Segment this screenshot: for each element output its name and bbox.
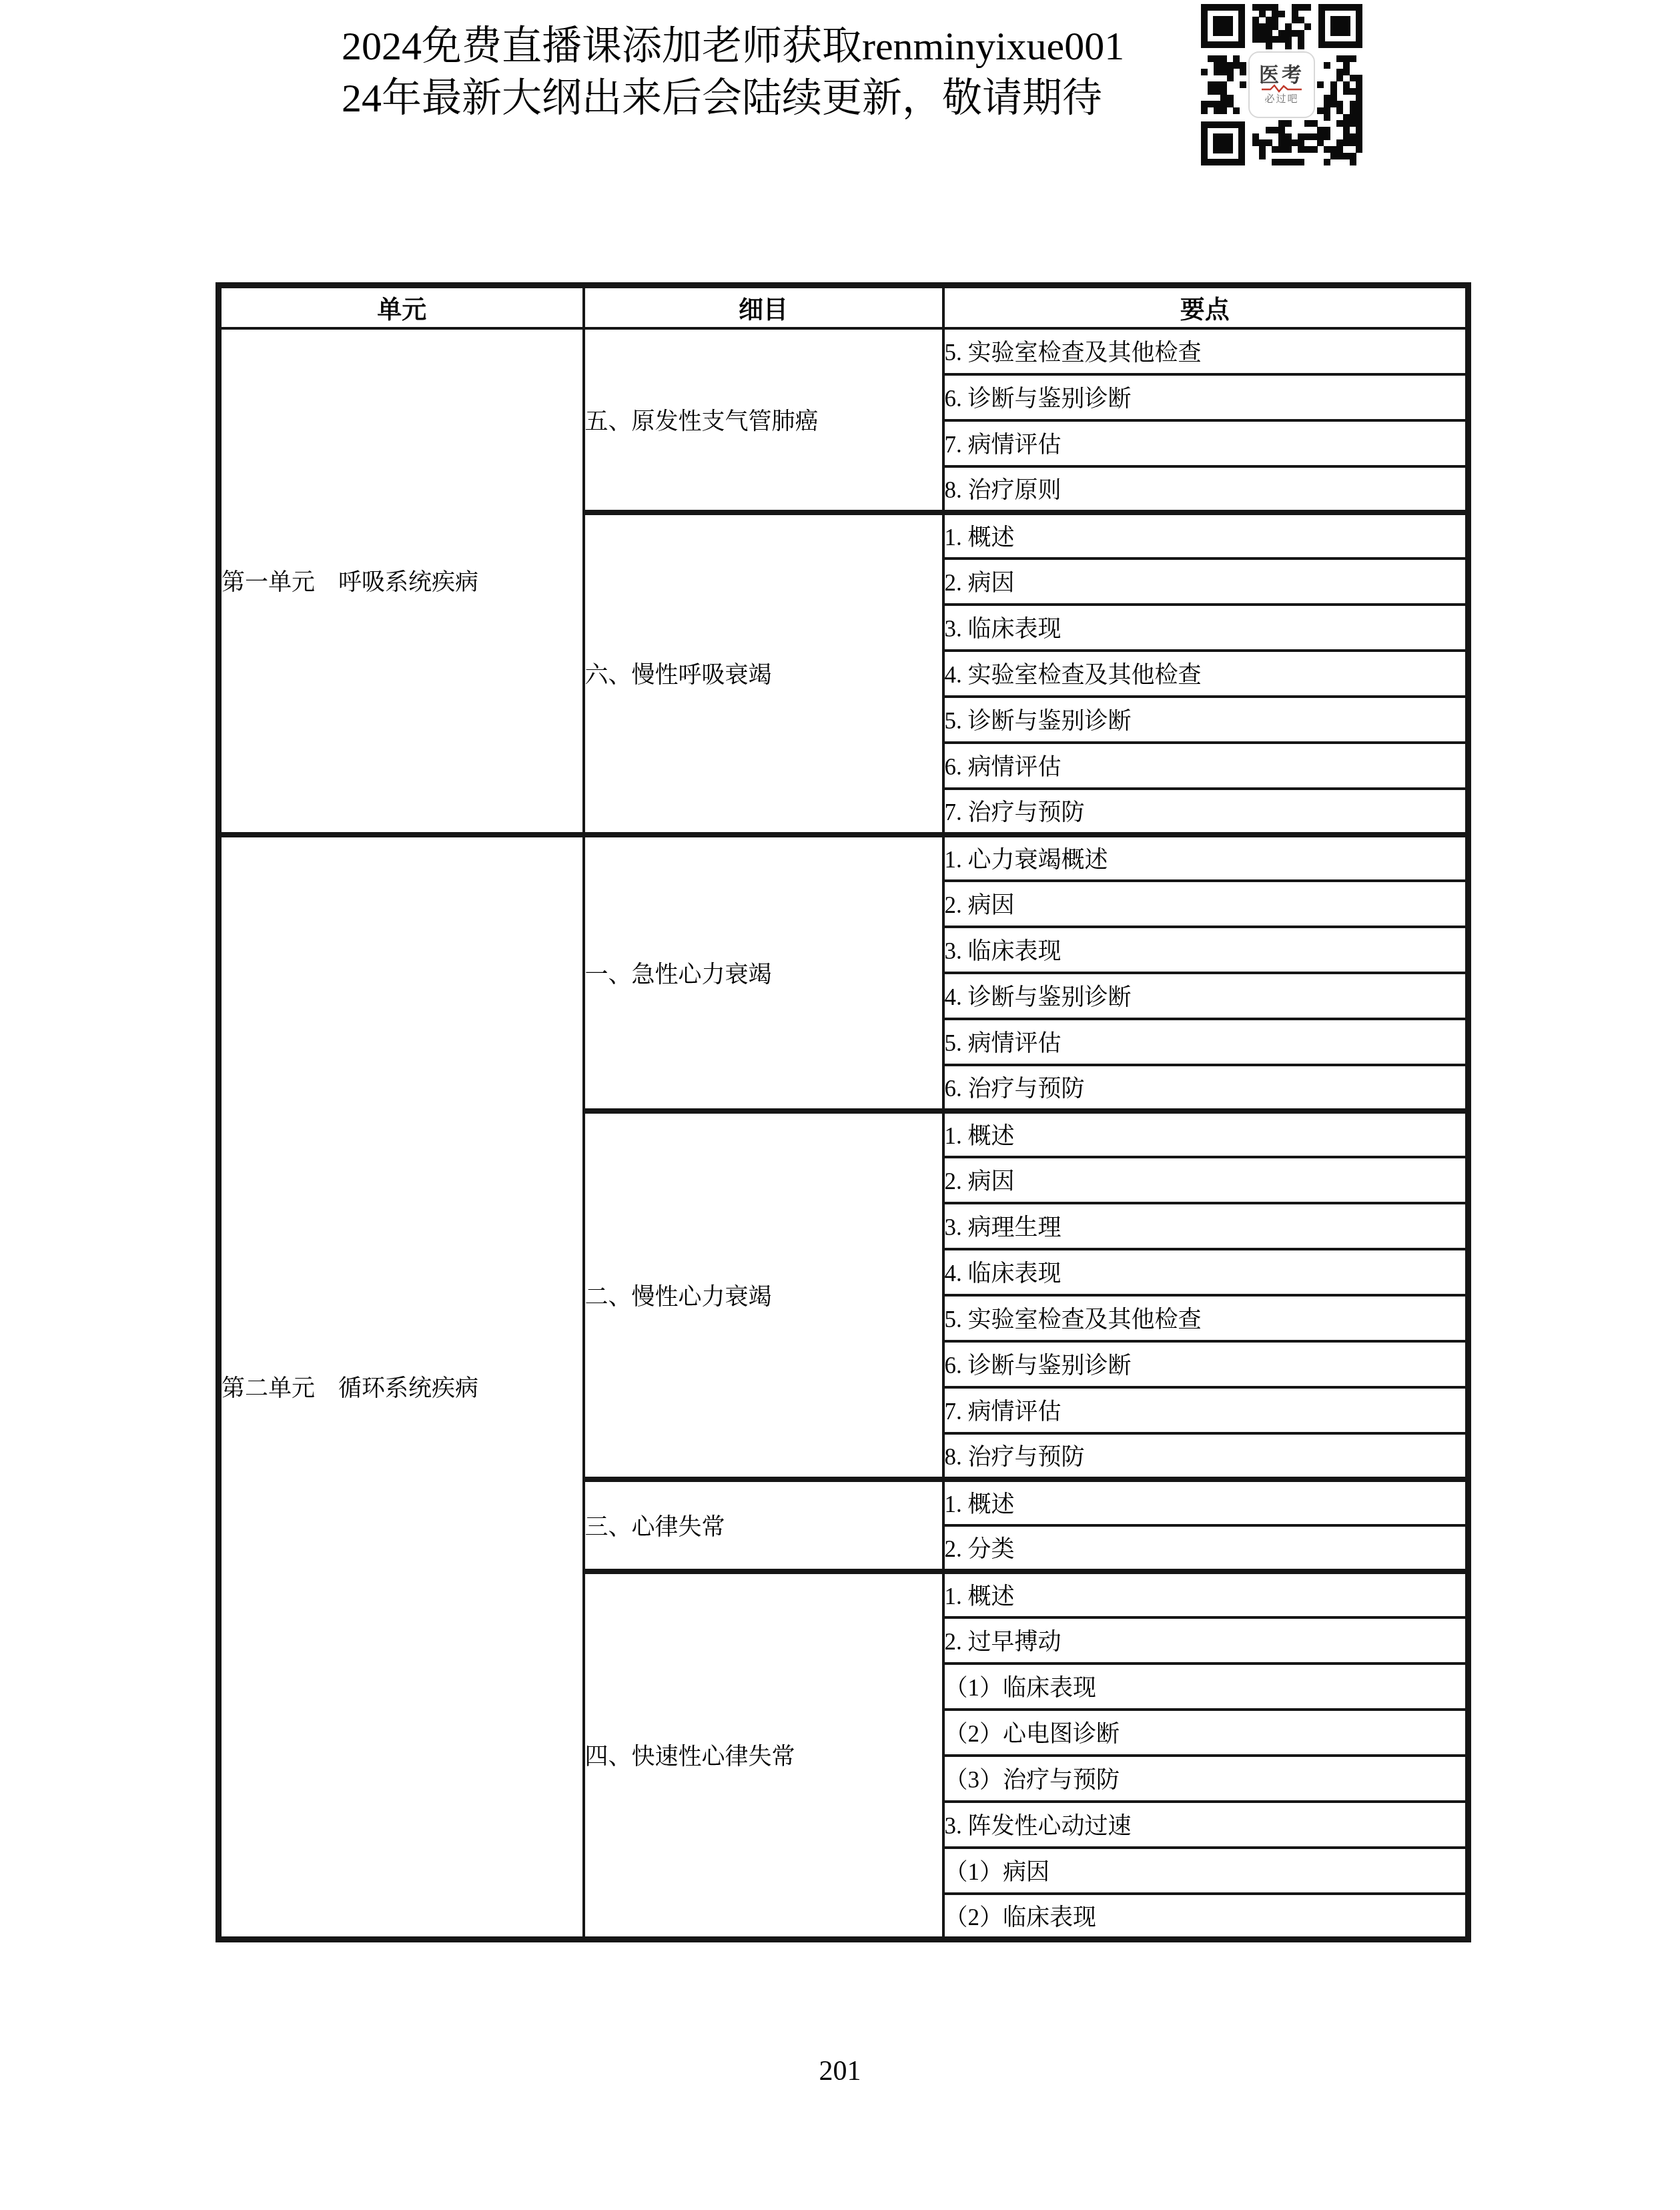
point-cell: 1. 心力衰竭概述 (943, 835, 1468, 881)
point-cell: 7. 病情评估 (943, 420, 1468, 466)
point-cell: 3. 病理生理 (943, 1203, 1468, 1249)
column-header-points: 要点 (943, 286, 1468, 328)
table-row: 第二单元 循环系统疾病一、急性心力衰竭1. 心力衰竭概述 (219, 835, 1468, 881)
point-cell: 1. 概述 (943, 512, 1468, 559)
point-cell: 2. 病因 (943, 1157, 1468, 1203)
column-header-detail: 细目 (584, 286, 943, 328)
section-cell: 六、慢性呼吸衰竭 (584, 512, 943, 835)
point-cell: 2. 病因 (943, 559, 1468, 605)
point-cell: 6. 治疗与预防 (943, 1065, 1468, 1111)
point-cell: 2. 病因 (943, 881, 1468, 927)
point-cell: 3. 临床表现 (943, 927, 1468, 973)
point-cell: （1）病因 (943, 1848, 1468, 1894)
qr-finder-top-right-icon (1318, 4, 1362, 48)
point-cell: （3）治疗与预防 (943, 1756, 1468, 1802)
page-number: 201 (0, 2055, 1680, 2087)
point-cell: 8. 治疗与预防 (943, 1433, 1468, 1479)
point-cell: 6. 诊断与鉴别诊断 (943, 374, 1468, 420)
point-cell: 5. 诊断与鉴别诊断 (943, 697, 1468, 743)
point-cell: 7. 治疗与预防 (943, 789, 1468, 835)
section-cell: 二、慢性心力衰竭 (584, 1111, 943, 1479)
point-cell: 4. 临床表现 (943, 1249, 1468, 1295)
point-cell: （2）临床表现 (943, 1894, 1468, 1940)
point-cell: 1. 概述 (943, 1479, 1468, 1525)
section-cell: 三、心律失常 (584, 1479, 943, 1571)
point-cell: 5. 实验室检查及其他检查 (943, 328, 1468, 374)
unit-cell: 第二单元 循环系统疾病 (219, 835, 584, 1940)
page: 2024免费直播课添加老师获取renminyixue001 24年最新大纲出来后… (0, 0, 1680, 2210)
page-header: 2024免费直播课添加老师获取renminyixue001 24年最新大纲出来后… (342, 20, 1124, 124)
table-row: 第一单元 呼吸系统疾病五、原发性支气管肺癌5. 实验室检查及其他检查 (219, 328, 1468, 374)
point-cell: （2）心电图诊断 (943, 1710, 1468, 1756)
point-cell: （1）临床表现 (943, 1664, 1468, 1710)
syllabus-table: 单元 细目 要点 第一单元 呼吸系统疾病五、原发性支气管肺癌5. 实验室检查及其… (216, 282, 1471, 1942)
point-cell: 1. 概述 (943, 1111, 1468, 1157)
qr-code: 医考 必过吧 (1201, 4, 1362, 165)
section-cell: 五、原发性支气管肺癌 (584, 328, 943, 512)
point-cell: 2. 过早搏动 (943, 1617, 1468, 1664)
point-cell: 5. 病情评估 (943, 1019, 1468, 1065)
point-cell: 4. 诊断与鉴别诊断 (943, 973, 1468, 1019)
point-cell: 7. 病情评估 (943, 1387, 1468, 1433)
point-cell: 4. 实验室检查及其他检查 (943, 651, 1468, 697)
unit-cell: 第一单元 呼吸系统疾病 (219, 328, 584, 835)
qr-finder-top-left-icon (1201, 4, 1245, 48)
qr-logo-subtitle: 必过吧 (1264, 94, 1298, 105)
point-cell: 5. 实验室检查及其他检查 (943, 1295, 1468, 1341)
point-cell: 3. 临床表现 (943, 605, 1468, 651)
column-header-unit: 单元 (219, 286, 584, 328)
point-cell: 2. 分类 (943, 1525, 1468, 1571)
point-cell: 1. 概述 (943, 1571, 1468, 1617)
qr-logo: 医考 必过吧 (1248, 51, 1315, 118)
qr-finder-bottom-left-icon (1201, 121, 1245, 165)
point-cell: 6. 病情评估 (943, 743, 1468, 789)
section-cell: 四、快速性心律失常 (584, 1571, 943, 1940)
header-line-2: 24年最新大纲出来后会陆续更新，敬请期待 (342, 72, 1124, 124)
header-line-1: 2024免费直播课添加老师获取renminyixue001 (342, 20, 1124, 72)
point-cell: 3. 阵发性心动过速 (943, 1802, 1468, 1848)
table-header-row: 单元 细目 要点 (219, 286, 1468, 328)
section-cell: 一、急性心力衰竭 (584, 835, 943, 1111)
point-cell: 8. 治疗原则 (943, 466, 1468, 512)
table-body: 第一单元 呼吸系统疾病五、原发性支气管肺癌5. 实验室检查及其他检查6. 诊断与… (219, 328, 1468, 1940)
point-cell: 6. 诊断与鉴别诊断 (943, 1341, 1468, 1387)
heartbeat-icon (1261, 83, 1302, 93)
